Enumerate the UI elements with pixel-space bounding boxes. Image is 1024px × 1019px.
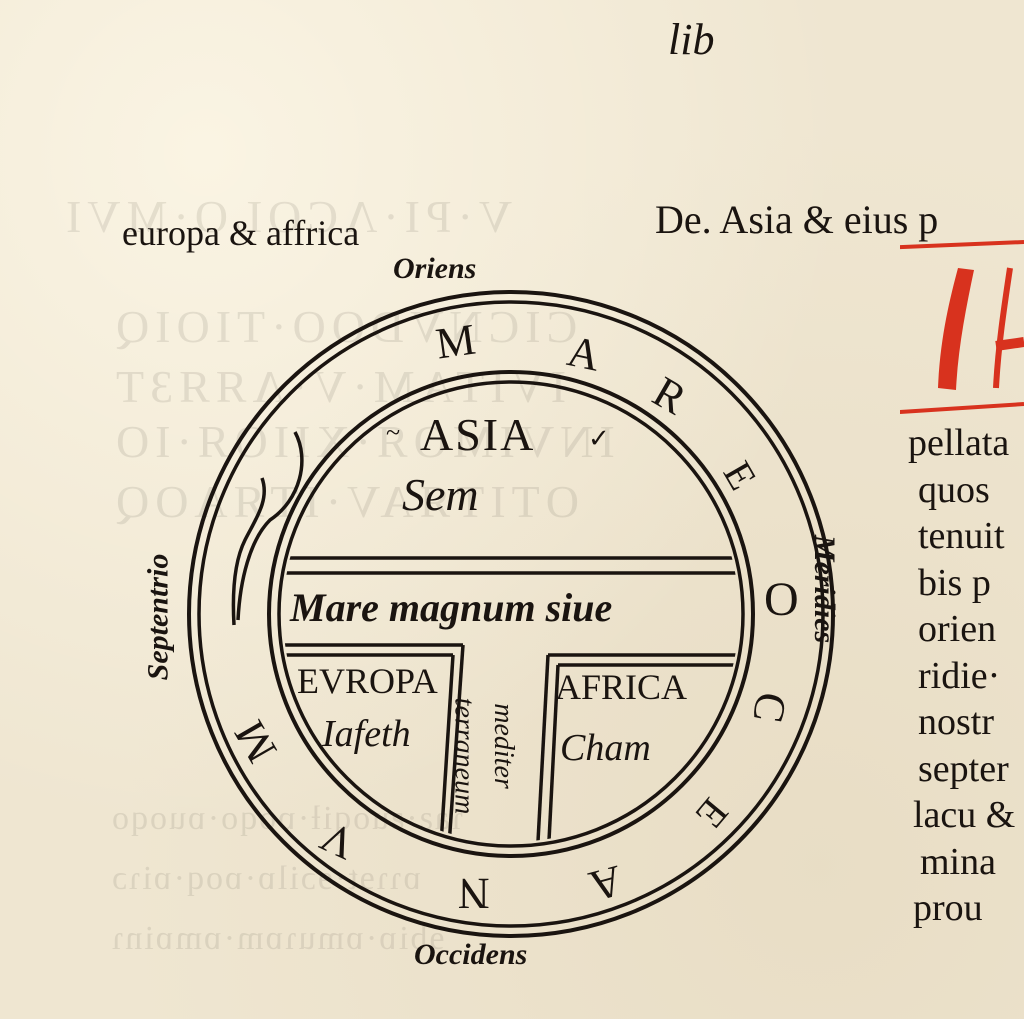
ornament-left: ~: [386, 418, 400, 448]
sea-stem-left-label: terraneum: [447, 698, 479, 815]
region-europa-son: Iafeth: [322, 712, 411, 756]
region-asia-label: ASIA: [420, 408, 535, 461]
ocean-letter: N: [458, 868, 490, 919]
sea-stem-right-label: mediter: [487, 703, 519, 789]
region-asia-son: Sem: [402, 468, 479, 521]
sea-bar-label: Mare magnum siue: [290, 584, 612, 631]
ocean-letter: M: [433, 314, 479, 370]
region-europa-label: EVROPA: [297, 660, 438, 702]
region-africa-son: Cham: [560, 726, 651, 770]
ocean-letter: O: [764, 572, 799, 627]
t-o-map: [0, 0, 1024, 1019]
ornament-right: ✓: [588, 424, 610, 454]
region-africa-label: AFRICA: [555, 666, 687, 708]
